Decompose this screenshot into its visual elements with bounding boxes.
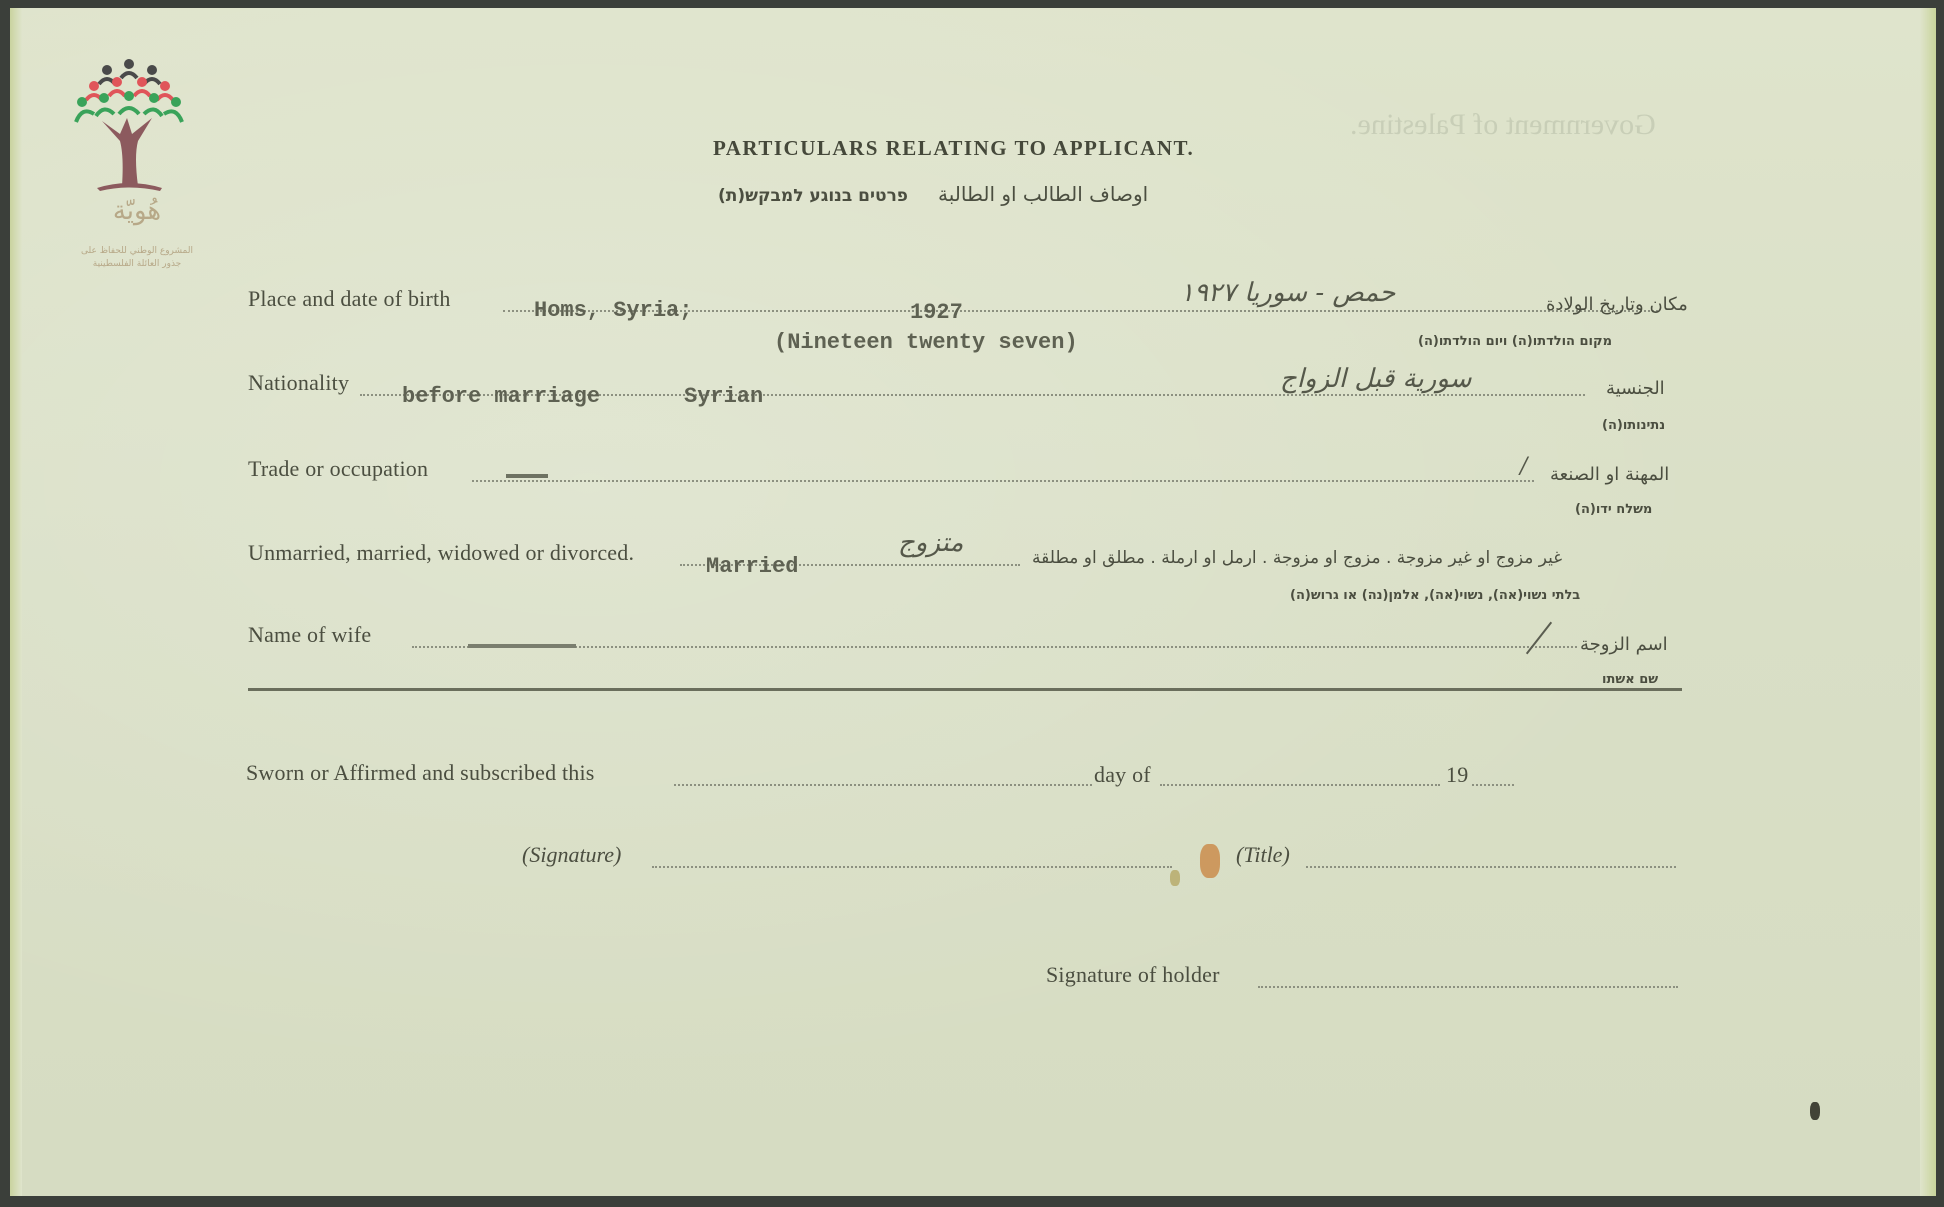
- birth-year-words: (Nineteen twenty seven): [774, 330, 1078, 355]
- wife-label: Name of wife: [248, 622, 371, 648]
- wife-typed-dash: [468, 644, 576, 648]
- document-page: Government of Palestine. هُويّة: [10, 8, 1936, 1196]
- sworn-day-dotted-line: [674, 784, 1092, 786]
- family-tree-icon: [72, 56, 202, 196]
- year-prefix: 19: [1446, 762, 1468, 788]
- day-of-label: day of: [1094, 762, 1151, 788]
- holder-signature-dotted-line: [1258, 986, 1678, 988]
- ink-spot: [1810, 1102, 1820, 1120]
- paper-edge-left: [10, 8, 22, 1196]
- birth-label: Place and date of birth: [248, 286, 451, 312]
- title-dotted-line: [1306, 866, 1676, 868]
- logo-subtitle-1: المشروع الوطني للحفاظ على: [62, 246, 212, 256]
- wife-label-hebrew: שם אשתו: [1602, 672, 1658, 687]
- marital-label: Unmarried, married, widowed or divorced.: [248, 540, 634, 566]
- paper-stain-small: [1170, 870, 1180, 886]
- birth-place-value: Homs, Syria;: [534, 298, 692, 323]
- occupation-dotted-line: [472, 480, 1534, 482]
- marital-handwritten-arabic: متزوج: [898, 528, 963, 558]
- sworn-label: Sworn or Affirmed and subscribed this: [246, 760, 595, 786]
- section-divider: [248, 688, 1682, 691]
- paper-stain: [1200, 844, 1220, 878]
- marital-label-hebrew: בלתי נשוי(אה), נשוי(אה), אלמן(נה) או גרו…: [1290, 588, 1580, 603]
- occupation-typed-dash: [506, 474, 548, 478]
- occupation-handwritten-mark: /: [1520, 454, 1527, 479]
- wife-dotted-line: [412, 646, 1577, 648]
- holder-signature-label: Signature of holder: [1046, 962, 1220, 988]
- marital-label-arabic: غير مزوج او غير مزوجة . مزوج او مزوجة . …: [1032, 548, 1562, 568]
- occupation-label: Trade or occupation: [248, 456, 428, 482]
- wife-label-arabic: اسم الزوجة: [1580, 634, 1668, 655]
- occupation-label-arabic: المهنة او الصنعة: [1550, 464, 1669, 485]
- occupation-label-hebrew: משלח ידו(ה): [1575, 502, 1652, 517]
- wife-handwritten-slash: [1526, 622, 1552, 655]
- birth-label-arabic: مكان وتاريخ الولادة: [1546, 294, 1688, 315]
- signature-label: (Signature): [522, 842, 621, 868]
- title-label: (Title): [1236, 842, 1290, 868]
- paper-edge-right: [1920, 8, 1936, 1196]
- month-dotted-line: [1160, 784, 1440, 786]
- page-title-hebrew: פרטים בנוגע למבקש(ת): [718, 186, 908, 206]
- birth-label-hebrew: מקום הולדתו(ה) ויום הולדתו(ה): [1418, 334, 1612, 349]
- nationality-note: before marriage: [402, 384, 600, 409]
- nationality-label: Nationality: [248, 370, 349, 396]
- nationality-handwritten-arabic: سورية قبل الزواج: [1280, 364, 1472, 394]
- page-title: PARTICULARS RELATING TO APPLICANT.: [713, 136, 1194, 161]
- page-title-arabic: اوصاف الطالب او الطالبة: [938, 182, 1148, 206]
- marital-value: Married: [706, 554, 798, 579]
- year-dotted-line: [1472, 784, 1514, 786]
- hawiya-logo: هُويّة المشروع الوطني للحفاظ على جذور ال…: [72, 56, 202, 276]
- logo-subtitle-2: جذور العائلة الفلسطينية: [62, 259, 212, 269]
- nationality-label-hebrew: נתינותו(ה): [1602, 418, 1665, 433]
- nationality-value: Syrian: [684, 384, 763, 409]
- nationality-label-arabic: الجنسية: [1606, 378, 1665, 399]
- bleed-through-text: Government of Palestine.: [1350, 108, 1656, 142]
- logo-title: هُويّة: [72, 196, 202, 226]
- birth-handwritten-arabic: حمص - سوريا ١٩٢٧: [1180, 278, 1395, 308]
- signature-dotted-line: [652, 866, 1172, 868]
- birth-year-value: 1927: [910, 300, 963, 325]
